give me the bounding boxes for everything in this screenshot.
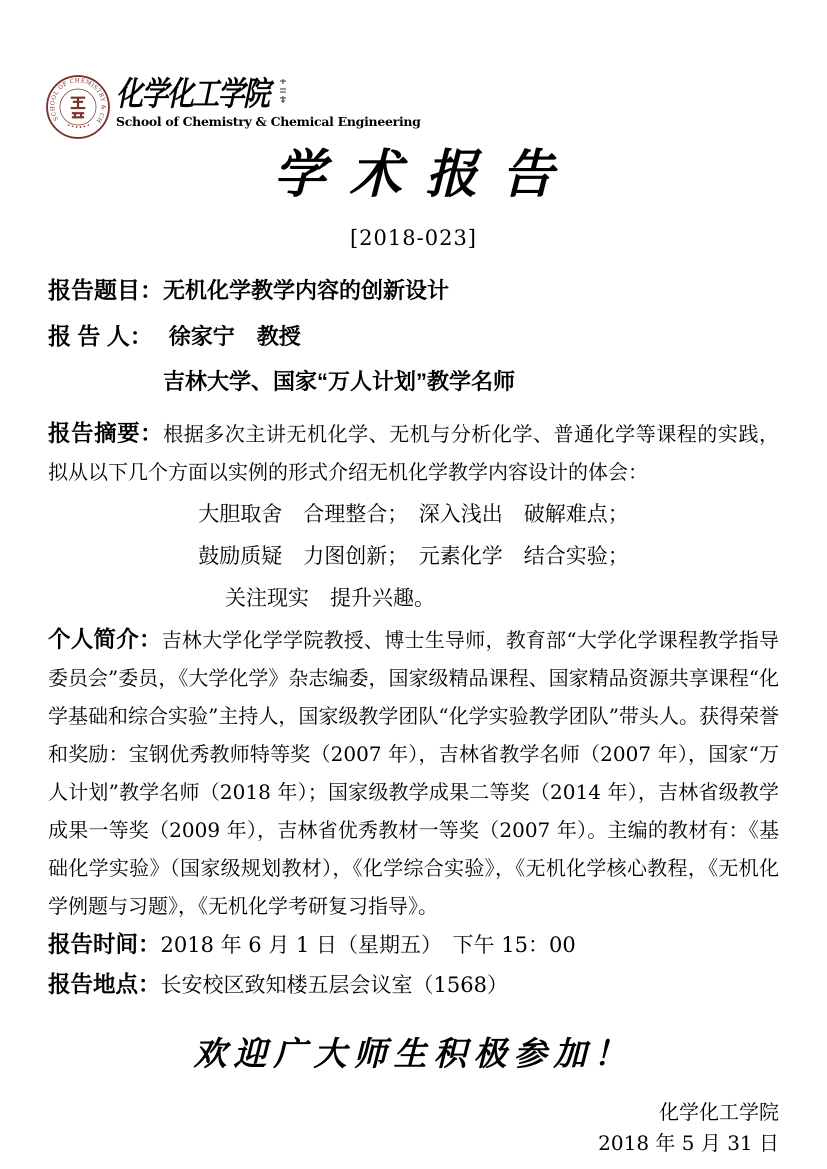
time-value: 2018 年 6 月 1 日（星期五） 下午 15：00 — [161, 933, 576, 957]
bio-text: 吉林大学化学学院教授、博士生导师，教育部“大学化学课程教学指导委员会”委员，《大… — [48, 628, 779, 918]
speaker-affiliation: 吉林大学、国家“万人计划”教学名师 — [163, 367, 779, 397]
bio-paragraph: 个人简介：吉林大学化学学院教授、博士生导师，教育部“大学化学课程教学指导委员会”… — [48, 621, 779, 925]
signature-date: 2018 年 5 月 31 日 — [48, 1128, 779, 1159]
speaker-name: 徐家宁 — [169, 324, 235, 349]
abstract-paragraph: 报告摘要：根据多次主讲无机化学、无机与分析化学、普通化学等课程的实践，拟从以下几… — [48, 415, 779, 491]
school-seal-icon: SCHOOL OF CHEMISTRY & CHEMICAL ENGINEERI… — [45, 72, 111, 142]
time-label: 报告时间： — [48, 932, 161, 957]
venue-line: 报告地点：长安校区致知楼五层会议室（1568） — [48, 965, 779, 1005]
page-title: 学术报告 — [0, 140, 827, 210]
report-title-label: 报告题目： — [48, 277, 163, 303]
issue-number: [2018-023] — [0, 226, 827, 250]
announcement-body: 报告题目：无机化学教学内容的创新设计 报 告 人：徐家宁教授 吉林大学、国家“万… — [0, 275, 827, 1159]
welcome-message: 欢迎广大师生积极参加！ — [48, 1031, 779, 1077]
abstract-point: 鼓励质疑 力图创新； 元素化学 结合实验； — [48, 535, 779, 577]
report-title-line: 报告题目：无机化学教学内容的创新设计 — [48, 275, 779, 306]
calligrapher-signature-mark — [278, 78, 288, 104]
school-name-en: School of Chemistry & Chemical Engineeri… — [116, 114, 421, 129]
signature-block: 化学化工学院 2018 年 5 月 31 日 — [48, 1097, 779, 1159]
abstract-point: 关注现实 提升兴趣。 — [225, 577, 779, 619]
abstract-point: 大胆取舍 合理整合； 深入浅出 破解难点； — [48, 493, 779, 535]
bio-label: 个人简介： — [48, 627, 162, 652]
signature-department: 化学化工学院 — [48, 1097, 779, 1128]
venue-value: 长安校区致知楼五层会议室（1568） — [161, 973, 508, 997]
school-logo: SCHOOL OF CHEMISTRY & CHEMICAL ENGINEERI… — [45, 72, 421, 142]
abstract-label: 报告摘要： — [48, 421, 163, 446]
speaker-label: 报 告 人： — [48, 323, 153, 349]
abstract-points: 大胆取舍 合理整合； 深入浅出 破解难点； 鼓励质疑 力图创新； 元素化学 结合… — [48, 493, 779, 619]
report-title: 无机化学教学内容的创新设计 — [163, 278, 449, 303]
venue-label: 报告地点： — [48, 972, 161, 997]
page-header: SCHOOL OF CHEMISTRY & CHEMICAL ENGINEERI… — [0, 0, 827, 275]
time-line: 报告时间：2018 年 6 月 1 日（星期五） 下午 15：00 — [48, 925, 779, 965]
school-name-cn: 化学化工学院 — [116, 74, 366, 114]
seal-emblem — [71, 98, 85, 118]
speaker-line: 报 告 人：徐家宁教授 — [48, 321, 779, 352]
announcement-page: SCHOOL OF CHEMISTRY & CHEMICAL ENGINEERI… — [0, 0, 827, 1169]
school-logo-text: 化学化工学院 School of Chemistry & Chemical En… — [116, 72, 421, 129]
speaker-title: 教授 — [257, 324, 301, 349]
